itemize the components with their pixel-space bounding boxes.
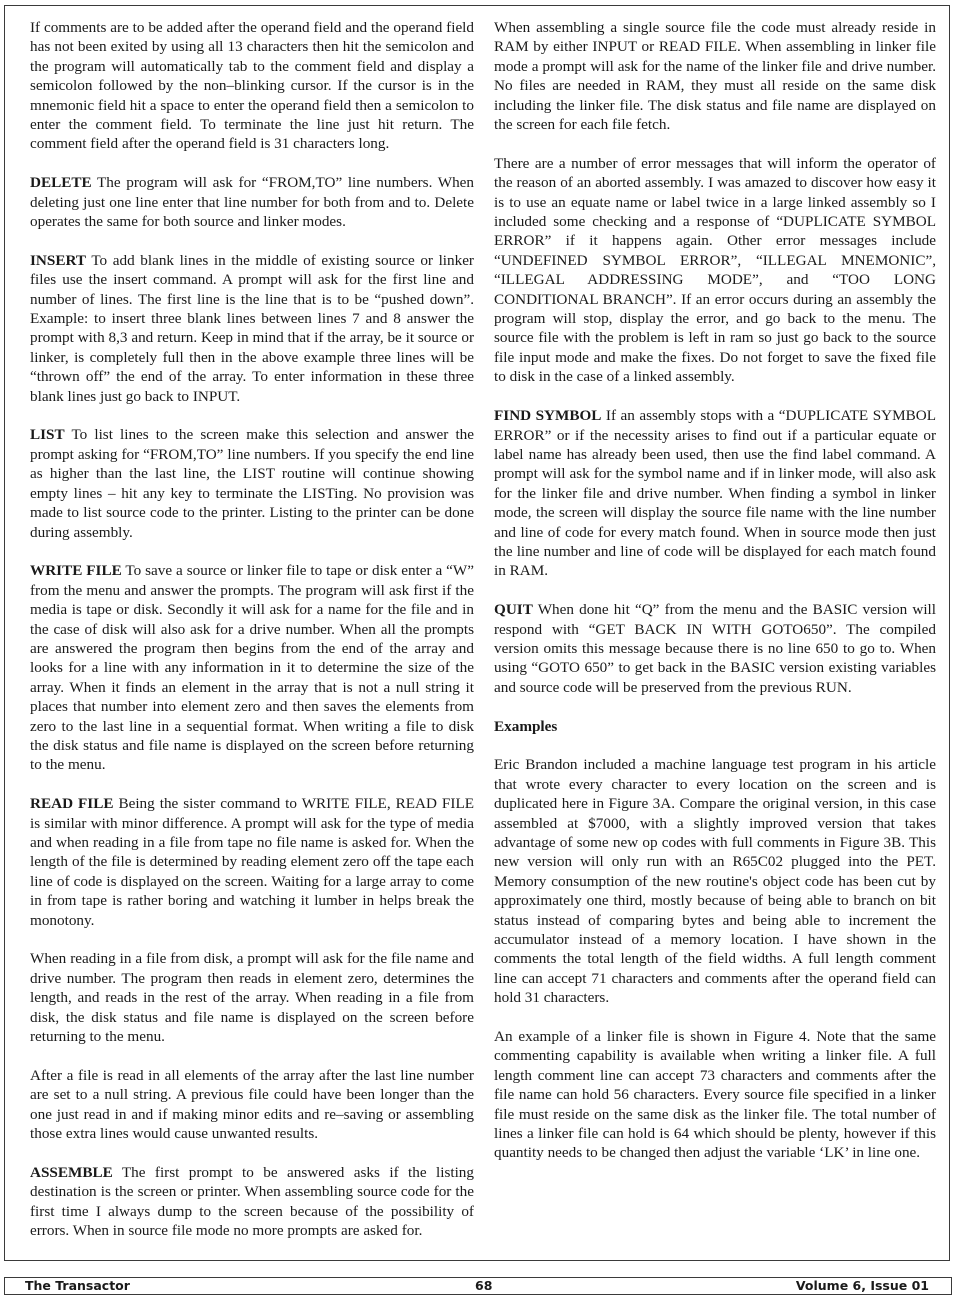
section-delete: DELETE The program will ask for “FROM,TO… [30, 173, 474, 231]
keyword-list: LIST [30, 426, 65, 443]
right-column: When assembling a single source file the… [494, 18, 936, 1182]
paragraph-linker-example: An example of a linker file is shown in … [494, 1027, 936, 1163]
keyword-read-file: READ FILE [30, 795, 113, 812]
section-list: LIST To list lines to the screen make th… [30, 425, 474, 541]
paragraph-comments: If comments are to be added after the op… [30, 18, 474, 154]
keyword-delete: DELETE [30, 174, 92, 191]
issue-label: Volume 6, Issue 01 [796, 1278, 929, 1294]
keyword-find-symbol: FIND SYMBOL [494, 407, 601, 424]
publication-name: The Transactor [25, 1278, 130, 1294]
section-insert: INSERT To add blank lines in the middle … [30, 251, 474, 406]
paragraph-eric-brandon: Eric Brandon included a machine language… [494, 755, 936, 1007]
paragraph-read-disk: When reading in a file from disk, a prom… [30, 949, 474, 1046]
keyword-insert: INSERT [30, 252, 86, 269]
section-read-file: READ FILE Being the sister command to WR… [30, 794, 474, 930]
section-quit: QUIT When done hit “Q” from the menu and… [494, 600, 936, 697]
section-assemble: ASSEMBLE The first prompt to be answered… [30, 1163, 474, 1241]
paragraph-errors: There are a number of error messages tha… [494, 154, 936, 387]
keyword-assemble: ASSEMBLE [30, 1164, 113, 1181]
section-write-file: WRITE FILE To save a source or linker fi… [30, 561, 474, 774]
page-frame: If comments are to be added after the op… [4, 5, 950, 1261]
keyword-quit: QUIT [494, 601, 533, 618]
keyword-write-file: WRITE FILE [30, 562, 122, 579]
heading-examples: Examples [494, 717, 936, 736]
paragraph-assembling: When assembling a single source file the… [494, 18, 936, 134]
section-find-symbol: FIND SYMBOL If an assembly stops with a … [494, 406, 936, 581]
page-footer: The Transactor 68 Volume 6, Issue 01 [4, 1277, 952, 1295]
left-column: If comments are to be added after the op… [30, 18, 474, 1260]
page-number: 68 [475, 1278, 492, 1294]
paragraph-after-read: After a file is read in all elements of … [30, 1066, 474, 1144]
